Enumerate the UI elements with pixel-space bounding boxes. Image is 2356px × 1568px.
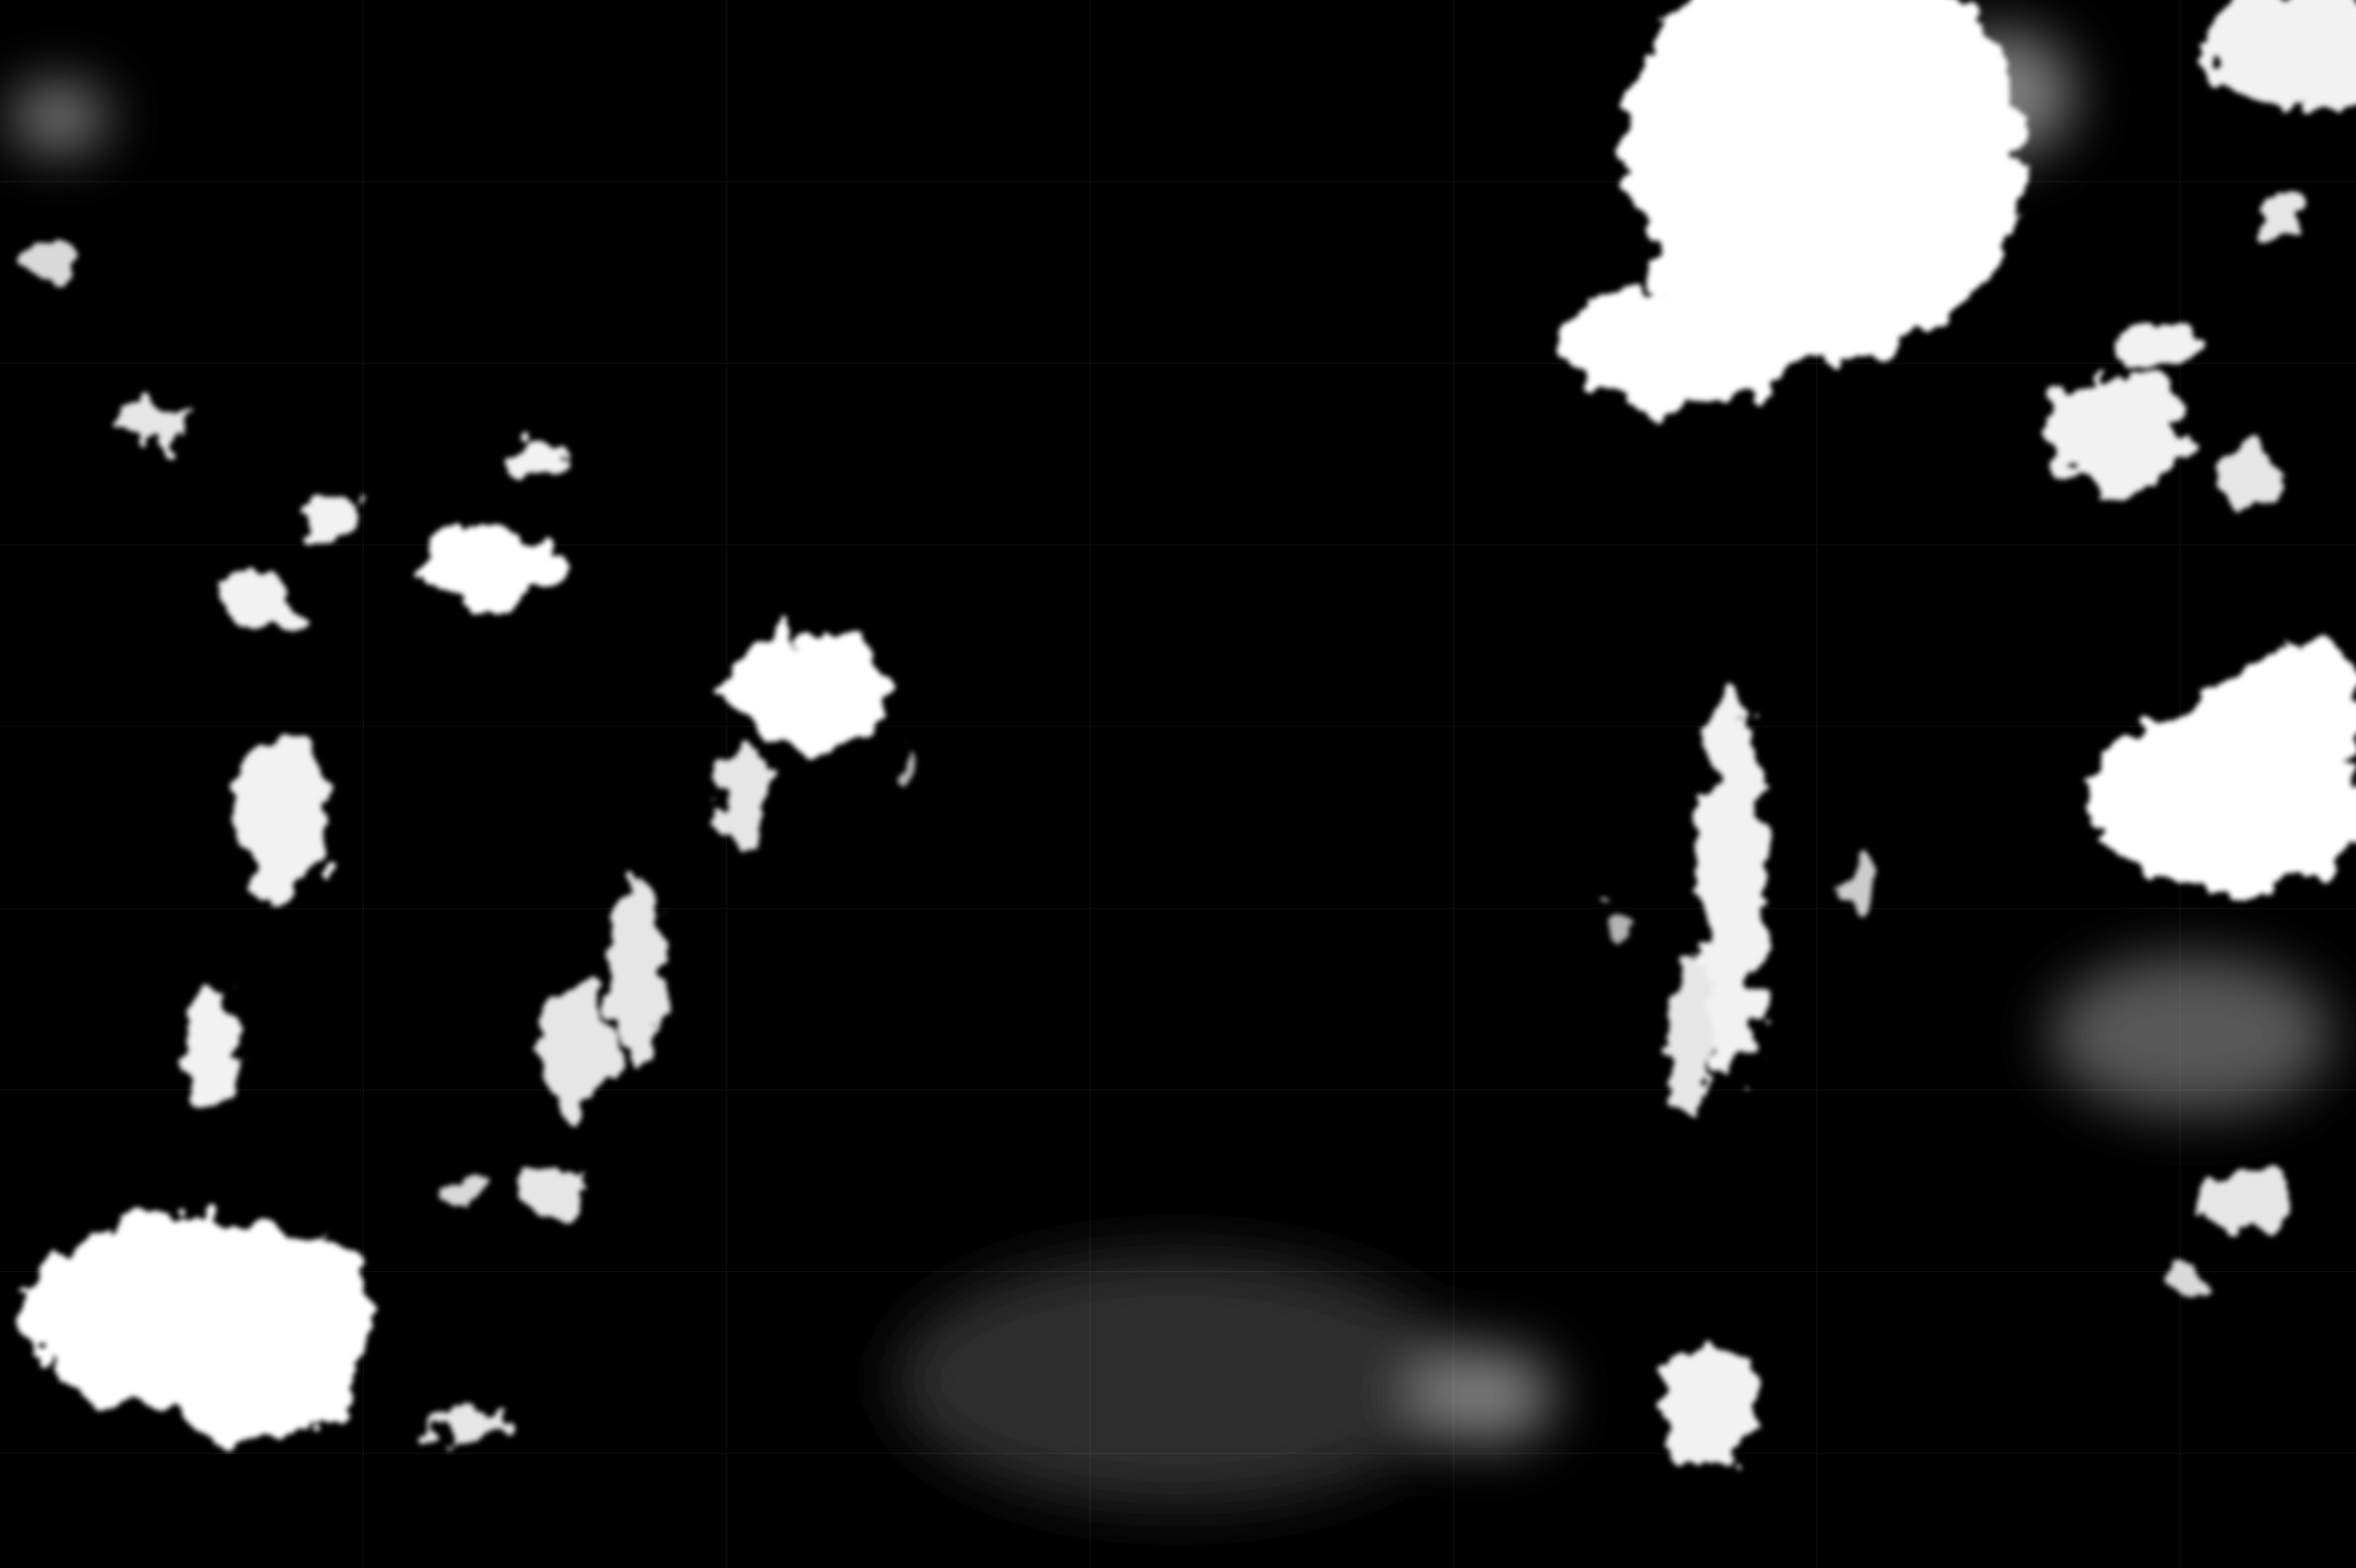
- cloud-center-left-tail: [719, 737, 766, 862]
- cloud-layer: [0, 0, 2356, 1568]
- speck-right-mid: [1602, 906, 1625, 944]
- cloud-lower-center-left-2: [436, 1165, 483, 1203]
- cloud-left-1: [429, 525, 561, 604]
- band-left: [236, 737, 330, 894]
- cloud-left-top-small: [118, 408, 188, 439]
- satellite-cloud-image: [0, 0, 2356, 1568]
- haze-bottom-right-2: [1414, 1349, 1555, 1443]
- cloud-lower-center-left: [518, 1164, 589, 1220]
- cloud-bottom-center-right: [1661, 1340, 1755, 1466]
- band-center-left-2: [542, 988, 613, 1113]
- cloud-left-4: [502, 442, 558, 483]
- band-left-low: [184, 980, 240, 1105]
- cloud-bottom-left-2: [165, 1317, 353, 1442]
- cloud-left-2: [302, 486, 358, 549]
- cloud-bottom-right-small: [2168, 1270, 2215, 1302]
- cloud-right-edge-small: [2245, 196, 2301, 243]
- cloud-top-right-lobe: [1567, 282, 1802, 407]
- haze-bottom-center: [895, 1254, 1461, 1505]
- speck-mid: [898, 756, 916, 781]
- cloud-right-far-small: [2214, 447, 2285, 510]
- cloud-bottom-right: [2203, 1176, 2297, 1239]
- speck-bottom-center: [429, 1417, 513, 1436]
- cloud-center-left: [731, 635, 895, 745]
- cloud-right-upper-small: [2109, 326, 2203, 364]
- haze-top-left: [12, 86, 106, 149]
- cloud-left-top-edge: [19, 240, 76, 278]
- small-band-right: [1845, 839, 1878, 917]
- cloud-right-upper: [2050, 369, 2191, 494]
- band-center-left: [608, 878, 665, 1067]
- cloud-left-3: [226, 567, 292, 624]
